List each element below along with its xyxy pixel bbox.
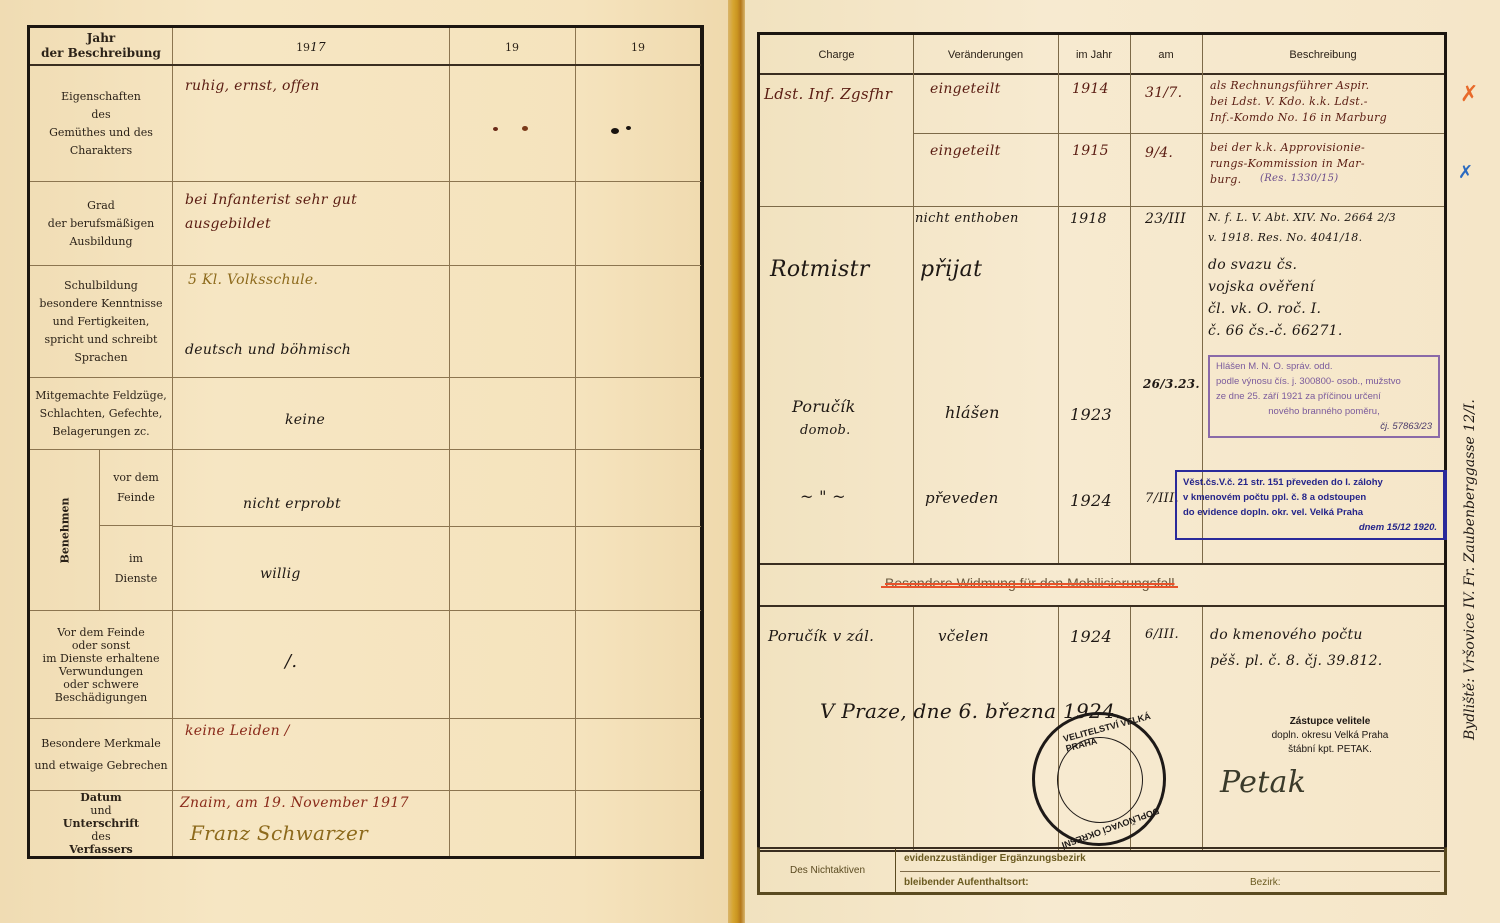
date-entry: 31/7. (1145, 85, 1182, 101)
conduct-group-label: Benehmen (30, 450, 100, 610)
row-label: Vor dem Feinde oder sonst im Dienste erh… (30, 611, 173, 718)
header-changes: Veränderungen (913, 35, 1058, 75)
col-divider (449, 378, 450, 449)
col-divider (575, 791, 576, 856)
year-entry: 1914 (1072, 81, 1109, 97)
handwritten-entry: nicht erprobt (243, 496, 341, 512)
ink-blot (493, 127, 498, 131)
district-label: Bezirk: (1250, 877, 1281, 888)
description-entry: do kmenového počtu (1210, 627, 1363, 643)
header-year: im Jahr (1058, 35, 1130, 75)
row-date-signature: Datum und Unterschrift des Verfassers Zn… (30, 791, 701, 856)
year-column-2: 19 (449, 28, 575, 66)
handwritten-date: Znaim, am 19. November 1917 (180, 795, 409, 811)
col-divider (1202, 605, 1203, 850)
col-divider (575, 66, 576, 181)
year-column-1: 1917 (173, 28, 449, 66)
stamp-text-top: VELITELSTVÍ VELKÁ PRAHA (1062, 708, 1164, 753)
change-entry: převeden (925, 489, 999, 507)
description-entry: rungs-Kommission in Mar- (1210, 157, 1365, 170)
date-entry: 23/III (1145, 211, 1186, 227)
ink-blot (611, 128, 619, 134)
description-entry: v. 1918. Res. No. 4041/18. (1208, 231, 1362, 244)
charge-entry: Poručík v zál. (768, 627, 874, 645)
date-entry: 7/III. (1145, 491, 1179, 506)
section-divider (760, 605, 1444, 607)
sub-label-in-service: imDienste (100, 526, 173, 611)
date-entry: 9/4. (1145, 145, 1173, 161)
residence-label: bleibender Aufenthaltsort: (904, 877, 1029, 888)
row-character: Eigenschaften des Gemüthes und des Chara… (30, 66, 701, 182)
ink-blot (626, 126, 631, 130)
row-divider (760, 206, 1444, 207)
handwritten-entry: bei Infanterist sehr gut (185, 192, 357, 208)
row-label: Datum und Unterschrift des Verfassers (30, 791, 173, 856)
description-entry: pěš. pl. č. 8. čj. 39.812. (1210, 653, 1383, 669)
col-divider (449, 182, 450, 265)
change-entry: eingeteilt (930, 143, 1001, 159)
struck-mobilization-heading: Besondere Widmung für den Mobilisierungs… (885, 575, 1174, 591)
nonactive-label: Des Nichtaktiven (760, 849, 896, 892)
change-entry: eingeteilt (930, 81, 1001, 97)
col-divider (575, 378, 576, 449)
blue-x-mark: ✗ (1458, 162, 1473, 183)
year-entry: 1915 (1072, 143, 1109, 159)
col-divider (575, 719, 576, 790)
table-header: Charge Veränderungen im Jahr am Beschrei… (760, 35, 1444, 75)
year-entry: 1924 (1070, 627, 1112, 646)
row-training: Grad der berufsmäßigen Ausbildung bei In… (30, 182, 701, 266)
year-entry: 1923 (1070, 405, 1112, 424)
col-divider (449, 450, 450, 610)
row-injuries: Vor dem Feinde oder sonst im Dienste erh… (30, 611, 701, 719)
margin-address-note: Bydliště: Vršovice IV. Fr. Zaubenberggas… (1462, 399, 1478, 740)
year-entry: 1918 (1070, 211, 1107, 227)
handwritten-entry: ruhig, ernst, offen (185, 78, 320, 94)
col-divider (449, 611, 450, 718)
col-divider (449, 791, 450, 856)
row-label: Eigenschaften des Gemüthes und des Chara… (30, 66, 173, 181)
date-entry: 6/III. (1145, 627, 1179, 642)
book-spine (728, 0, 745, 923)
header-date: am (1130, 35, 1202, 75)
ink-blot (522, 126, 528, 131)
row-label: Besondere Merkmale und etwaige Gebrechen (30, 719, 173, 790)
round-official-stamp: VELITELSTVÍ VELKÁ PRAHA DOPLŇOVACÍ OKRES… (1032, 712, 1166, 846)
footer-row-divider (900, 871, 1440, 872)
change-entry: hlášen (945, 403, 1000, 422)
signatory-block: Zástupce velitele dopln. okresu Velká Pr… (1230, 715, 1430, 757)
charge-entry: ~ " ~ (800, 487, 846, 506)
row-label: Grad der berufsmäßigen Ausbildung (30, 182, 173, 265)
row-divider (173, 526, 701, 527)
row-conduct: Benehmen vor demFeinde imDienste nicht e… (30, 450, 701, 611)
violet-registration-stamp: Hlášen M. N. O. správ. odd. podle výnosu… (1208, 355, 1440, 438)
handwritten-entry: keine Leiden / (185, 723, 290, 739)
year-column-3: 19 (575, 28, 701, 66)
handwritten-entry: /. (285, 651, 297, 672)
description-entry: č. 66 čs.-č. 66271. (1208, 323, 1343, 339)
reserve-district-label: evidenzzuständiger Ergänzungsbezirk (904, 853, 1086, 864)
row-label: Schulbildung besondere Kenntnisse und Fe… (30, 266, 173, 377)
row-education: Schulbildung besondere Kenntnisse und Fe… (30, 266, 701, 378)
year-entry: 1924 (1070, 491, 1112, 510)
charge-entry: Poručík (792, 397, 856, 416)
description-entry: do svazu čs. (1208, 257, 1297, 273)
row-label: Mitgemachte Feldzüge, Schlachten, Gefech… (30, 378, 173, 449)
row-campaigns: Mitgemachte Feldzüge, Schlachten, Gefech… (30, 378, 701, 450)
description-entry: bei der k.k. Approvisionie- (1210, 141, 1365, 154)
change-entry: nicht enthoben (915, 211, 1019, 226)
col-divider (575, 450, 576, 610)
change-entry: včelen (938, 627, 989, 645)
sub-label-before-enemy: vor demFeinde (100, 450, 173, 526)
date-entry: 26/3.23. (1143, 377, 1200, 391)
row-features: Besondere Merkmale und etwaige Gebrechen… (30, 719, 701, 791)
col-divider (575, 611, 576, 718)
col-divider (1058, 35, 1059, 563)
description-note: (Res. 1330/15) (1260, 173, 1338, 184)
handwritten-entry: deutsch und böhmisch (185, 342, 351, 358)
charge-entry: Rotmistr (770, 257, 870, 282)
description-entry: Inf.-Komdo No. 16 in Marburg (1210, 111, 1387, 124)
col-divider (449, 66, 450, 181)
col-divider (913, 35, 914, 563)
charge-entry: Ldst. Inf. Zgsfhr (764, 85, 892, 103)
col-divider (449, 719, 450, 790)
commander-signature: Petak (1220, 765, 1306, 800)
change-entry: přijat (920, 257, 982, 282)
col-divider (449, 266, 450, 377)
handwritten-entry: ausgebildet (185, 216, 271, 232)
footer-nonactive: Des Nichtaktiven evidenzzuständiger Ergä… (757, 847, 1447, 895)
handwritten-entry: keine (285, 412, 325, 428)
col-divider (575, 182, 576, 265)
description-entry: čl. vk. O. roč. I. (1208, 301, 1321, 317)
col-divider (575, 266, 576, 377)
signature: Franz Schwarzer (190, 821, 368, 845)
orange-x-mark: ✗ (1460, 82, 1478, 107)
charge-entry: domob. (800, 423, 851, 438)
description-entry: bei Ldst. V. Kdo. k.k. Ldst.- (1210, 95, 1368, 108)
description-entry: N. f. L. V. Abt. XIV. No. 2664 2/3 (1208, 211, 1396, 224)
description-entry: als Rechnungsführer Aspir. (1210, 79, 1369, 92)
header-row: Jahrder Beschreibung 1917 19 19 (30, 28, 701, 66)
header-charge: Charge (760, 35, 913, 75)
row-divider (913, 133, 1444, 134)
description-entry: vojska ověření (1208, 279, 1314, 295)
col-divider (1130, 35, 1131, 563)
blue-transfer-stamp: Věst.čs.V.č. 21 str. 151 převeden do I. … (1175, 470, 1447, 540)
year-of-description-label: Jahrder Beschreibung (30, 28, 173, 64)
left-qualification-table: Jahrder Beschreibung 1917 19 19 Eigensch… (27, 25, 704, 859)
description-entry: burg. (1210, 173, 1241, 186)
handwritten-entry: willig (260, 566, 301, 582)
section-divider (760, 563, 1444, 565)
col-divider (913, 605, 914, 850)
handwritten-entry: 5 Kl. Volksschule. (188, 272, 318, 288)
header-description: Beschreibung (1202, 35, 1444, 75)
